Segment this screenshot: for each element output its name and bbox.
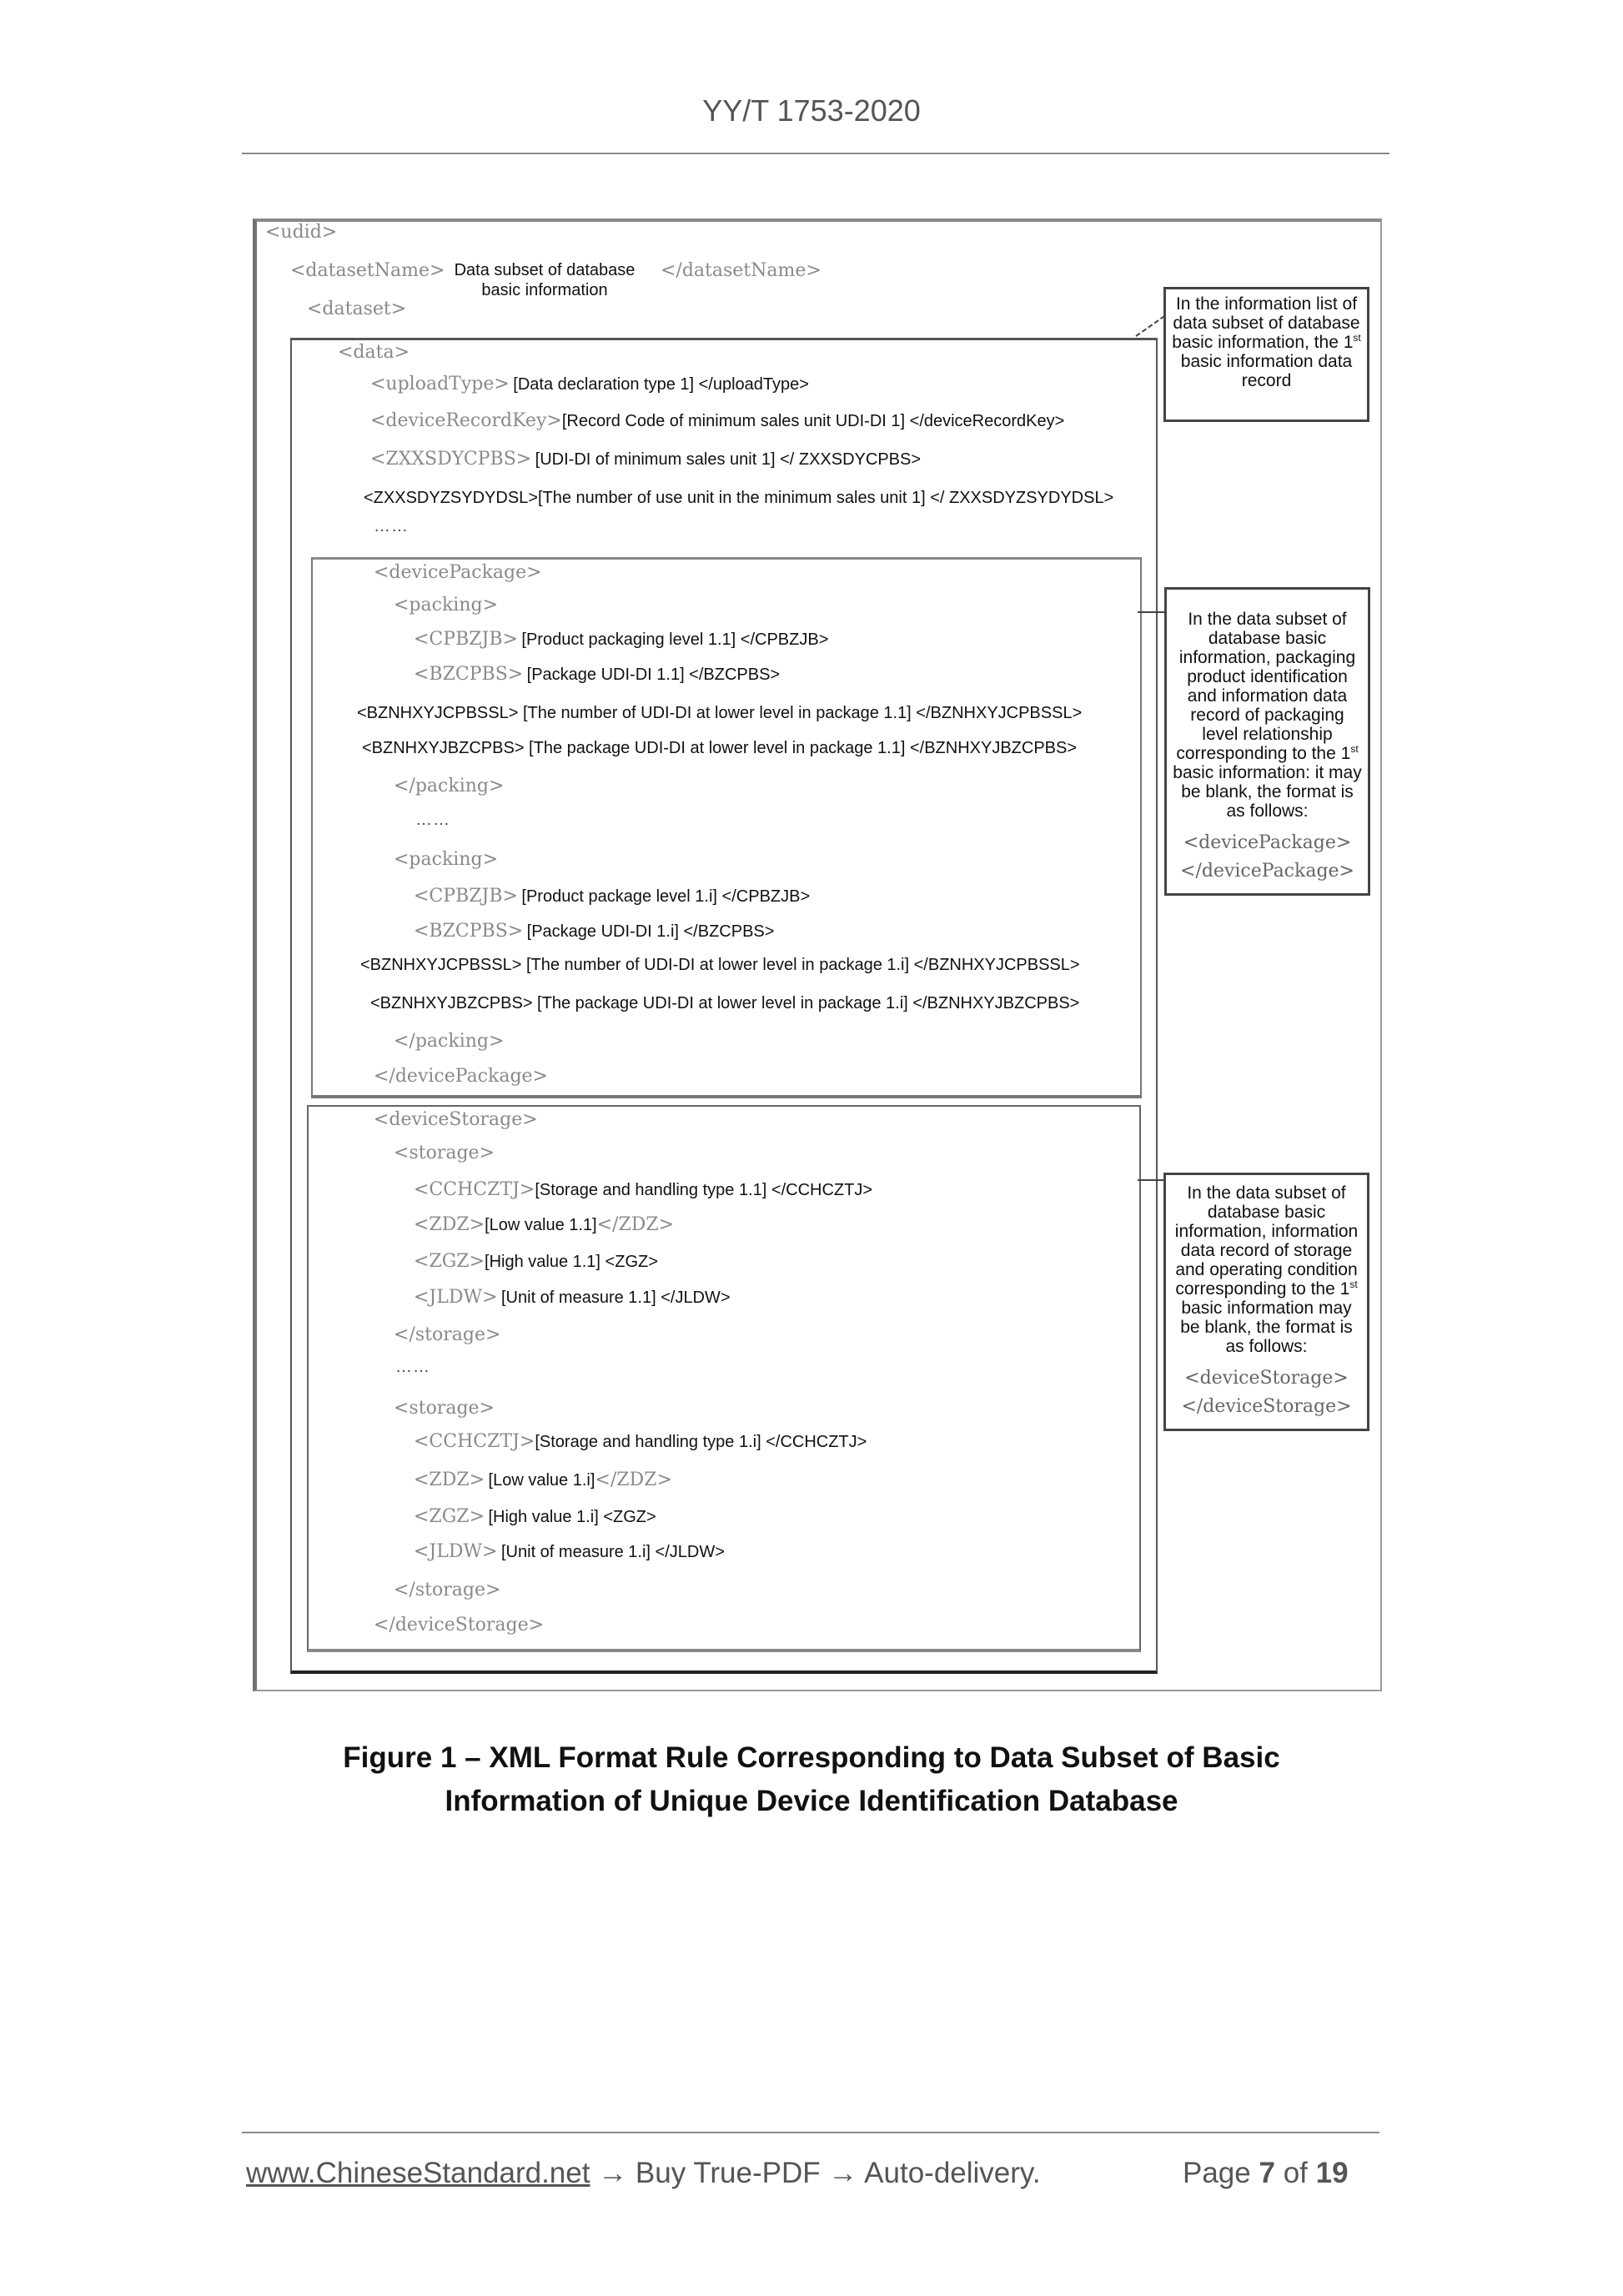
bznhxyjbzcpbs-line-1: <BZNHXYJBZCPBS> [The package UDI-DI at l…: [362, 739, 1077, 758]
cchcztj-text: [Storage and handling type 1.1] </CCHCZT…: [535, 1181, 872, 1199]
header-divider: [242, 153, 1389, 154]
note3-close-tag: </deviceStorage>: [1171, 1393, 1362, 1421]
device-storage-open-tag: <deviceStorage>: [374, 1109, 538, 1130]
zxxsdyzsydydsl-text: <ZXXSDYZSYDYDSL>[The number of use unit …: [364, 489, 1113, 507]
storage-close-tag-1: </storage>: [394, 1324, 500, 1345]
jldw-text: [Unit of measure 1.i] </JLDW>: [501, 1543, 725, 1561]
cpbzjb-line-i: <CPBZJB> [Product package level 1.i] </C…: [414, 886, 810, 907]
zdz-close-tag: </ZDZ>: [597, 1214, 675, 1235]
dataset-name-line1: Data subset of database: [449, 260, 641, 280]
note3-connector: [1138, 1179, 1164, 1181]
zgz-text: [High value 1.1] <ZGZ>: [485, 1253, 658, 1271]
upload-type-text: [Data declaration type 1] </uploadType>: [513, 375, 809, 394]
bznhxyjcpbssl-text: <BZNHXYJCPBSSL> [The number of UDI-DI at…: [357, 704, 1082, 722]
bzcpbs-text: [Package UDI-DI 1.i] </BZCPBS>: [527, 922, 775, 941]
note2-close-tag: </devicePackage>: [1172, 857, 1363, 886]
bznhxyjbzcpbs-text: <BZNHXYJBZCPBS> [The package UDI-DI at l…: [370, 994, 1079, 1012]
page-indicator: Page 7 of 19: [1183, 2157, 1349, 2190]
dataset-open-tag: <dataset>: [307, 299, 406, 319]
note-device-storage: In the data subset of database basic inf…: [1163, 1173, 1369, 1431]
upload-type-line: <uploadType> [Data declaration type 1] <…: [370, 374, 809, 394]
note-device-package: In the data subset of database basic inf…: [1164, 587, 1370, 896]
footer-promo: www.ChineseStandard.net → Buy True-PDF →…: [246, 2157, 1041, 2190]
packing-open-tag: <packing>: [394, 595, 498, 615]
storage-close-tag-2: </storage>: [394, 1580, 500, 1600]
bzcpbs-line-i: <BZCPBS> [Package UDI-DI 1.i] </BZCPBS>: [414, 921, 774, 942]
dataset-name-value: Data subset of database basic informatio…: [449, 260, 641, 300]
zgz-tag: <ZGZ>: [414, 1251, 485, 1272]
jldw-line-i: <JLDW> [Unit of measure 1.i] </JLDW>: [414, 1541, 725, 1562]
note1-text-end: basic information data record: [1181, 352, 1352, 390]
data-ellipsis: ……: [374, 517, 409, 536]
device-record-key-tag: <deviceRecordKey>: [370, 410, 562, 431]
zdz-text: [Low value 1.1]: [485, 1216, 597, 1234]
document-header-code: YY/T 1753-2020: [0, 93, 1623, 128]
zdz-tag: <ZDZ>: [414, 1470, 485, 1490]
cchcztj-text: [Storage and handling type 1.i] </CCHCZT…: [535, 1433, 867, 1451]
dataset-name-close-tag: </datasetName>: [661, 260, 822, 281]
cpbzjb-text: [Product package level 1.i] </CPBZJB>: [521, 887, 810, 906]
upload-type-tag: <uploadType>: [370, 374, 510, 394]
data-open-tag: <data>: [338, 342, 410, 363]
packing-open-tag-2: <packing>: [394, 849, 498, 870]
device-record-key-line: <deviceRecordKey>[Record Code of minimum…: [370, 410, 1064, 431]
jldw-text: [Unit of measure 1.1] </JLDW>: [501, 1289, 731, 1307]
zdz-text: [Low value 1.i]: [489, 1471, 595, 1490]
bzcpbs-tag: <BZCPBS>: [414, 664, 523, 685]
note3-sup: st: [1349, 1279, 1357, 1290]
cchcztj-line-1: <CCHCZTJ>[Storage and handling type 1.1]…: [414, 1179, 872, 1200]
figure-caption: Figure 1 – XML Format Rule Corresponding…: [0, 1736, 1623, 1823]
note2-text: In the data subset of database basic inf…: [1176, 610, 1355, 763]
cpbzjb-tag: <CPBZJB>: [414, 629, 518, 650]
bzcpbs-text: [Package UDI-DI 1.1] </BZCPBS>: [527, 666, 780, 684]
bznhxyjbzcpbs-text: <BZNHXYJBZCPBS> [The package UDI-DI at l…: [362, 739, 1077, 757]
jldw-tag: <JLDW>: [414, 1287, 498, 1308]
caption-line-2: Information of Unique Device Identificat…: [0, 1780, 1623, 1823]
note2-sup: st: [1350, 743, 1358, 755]
zgz-text: [High value 1.i] <ZGZ>: [488, 1508, 656, 1526]
note3-text: In the data subset of database basic inf…: [1175, 1183, 1358, 1299]
zdz-line-i: <ZDZ> [Low value 1.i]</ZDZ>: [414, 1470, 672, 1490]
packing-close-tag-2: </packing>: [394, 1031, 504, 1052]
footer-divider: [242, 2132, 1379, 2133]
note2-connector: [1138, 611, 1164, 613]
cchcztj-line-i: <CCHCZTJ>[Storage and handling type 1.i]…: [414, 1431, 867, 1452]
zxxsdycpbs-text: [UDI-DI of minimum sales unit 1] </ ZXXS…: [535, 450, 921, 469]
footer-promo-text: → Buy True-PDF → Auto-delivery.: [590, 2157, 1040, 2189]
packing-ellipsis: ……: [415, 811, 450, 830]
udid-open-tag: <udid>: [265, 222, 337, 243]
chinesestandard-link[interactable]: www.ChineseStandard.net: [246, 2157, 590, 2189]
zgz-tag: <ZGZ>: [414, 1506, 485, 1527]
storage-open-tag-1: <storage>: [394, 1143, 495, 1163]
page-of: of: [1284, 2157, 1308, 2189]
note1-sup: st: [1353, 332, 1360, 344]
cpbzjb-text: [Product packaging level 1.1] </CPBZJB>: [521, 631, 828, 649]
bznhxyjbzcpbs-line-i: <BZNHXYJBZCPBS> [The package UDI-DI at l…: [370, 994, 1079, 1013]
bzcpbs-line-1: <BZCPBS> [Package UDI-DI 1.1] </BZCPBS>: [414, 664, 780, 685]
storage-open-tag-2: <storage>: [394, 1398, 495, 1419]
zdz-tag: <ZDZ>: [414, 1214, 485, 1235]
note3-format-tags: <deviceStorage> </deviceStorage>: [1171, 1364, 1362, 1421]
jldw-line-1: <JLDW> [Unit of measure 1.1] </JLDW>: [414, 1287, 731, 1308]
note2-format-tags: <devicePackage> </devicePackage>: [1172, 829, 1363, 886]
cchcztj-tag: <CCHCZTJ>: [414, 1431, 535, 1452]
dataset-name-line2: basic information: [449, 280, 641, 300]
note3-text-end: basic information may be blank, the form…: [1180, 1299, 1353, 1356]
zdz-close-tag: </ZDZ>: [595, 1470, 672, 1490]
zxxsdyzsydydsl-line: <ZXXSDYZSYDYDSL>[The number of use unit …: [364, 489, 1113, 508]
note3-open-tag: <deviceStorage>: [1171, 1364, 1362, 1393]
device-record-key-text: [Record Code of minimum sales unit UDI-D…: [562, 412, 1064, 430]
bznhxyjcpbssl-line-i: <BZNHXYJCPBSSL> [The number of UDI-DI at…: [360, 956, 1080, 975]
zdz-line-1: <ZDZ>[Low value 1.1]</ZDZ>: [414, 1214, 674, 1235]
packing-close-tag-1: </packing>: [394, 776, 504, 796]
jldw-tag: <JLDW>: [414, 1541, 498, 1562]
note2-open-tag: <devicePackage>: [1172, 829, 1363, 857]
page-label: Page: [1183, 2157, 1251, 2189]
bznhxyjcpbssl-line-1: <BZNHXYJCPBSSL> [The number of UDI-DI at…: [357, 704, 1082, 723]
bzcpbs-tag: <BZCPBS>: [414, 921, 523, 942]
zxxsdycpbs-line: <ZXXSDYCPBS> [UDI-DI of minimum sales un…: [370, 449, 921, 470]
note2-text-end: basic information: it may be blank, the …: [1173, 763, 1361, 821]
cchcztj-tag: <CCHCZTJ>: [414, 1179, 535, 1200]
device-package-close-tag: </devicePackage>: [374, 1066, 548, 1087]
note1-text: In the information list of data subset o…: [1172, 294, 1359, 352]
storage-ellipsis: ……: [395, 1358, 430, 1377]
dataset-name-open-tag: <datasetName>: [290, 260, 445, 281]
bznhxyjcpbssl-text: <BZNHXYJCPBSSL> [The number of UDI-DI at…: [360, 956, 1080, 974]
page-current: 7: [1259, 2157, 1274, 2189]
zxxsdycpbs-tag: <ZXXSDYCPBS>: [370, 449, 531, 470]
device-package-open-tag: <devicePackage>: [374, 562, 542, 583]
zgz-line-i: <ZGZ> [High value 1.i] <ZGZ>: [414, 1506, 656, 1527]
cpbzjb-line-1: <CPBZJB> [Product packaging level 1.1] <…: [414, 629, 828, 650]
caption-line-1: Figure 1 – XML Format Rule Corresponding…: [0, 1736, 1623, 1780]
device-storage-close-tag: </deviceStorage>: [374, 1615, 544, 1635]
page-total: 19: [1316, 2157, 1349, 2189]
zgz-line-1: <ZGZ>[High value 1.1] <ZGZ>: [414, 1251, 658, 1272]
note-data-record: In the information list of data subset o…: [1163, 287, 1369, 422]
cpbzjb-tag: <CPBZJB>: [414, 886, 518, 907]
